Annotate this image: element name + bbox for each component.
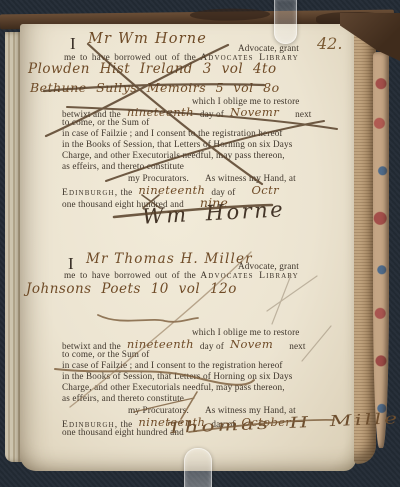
form2-year-line: one thousand eight hundred and bbox=[62, 427, 184, 437]
form1-failzie-line: in case of Failzie ; and I consent to th… bbox=[62, 128, 283, 138]
form1-session-line: in the Books of Session, that Letters of… bbox=[62, 139, 293, 149]
form1-charge-line: Charge, and other Executorials needful, … bbox=[62, 150, 285, 160]
form2-borrowed-text: me to have borrowed out of the bbox=[64, 270, 196, 280]
book-photograph: 42. I Mr Wm Horne Advocate, grant me to … bbox=[0, 0, 400, 487]
form2-effeirs-line: as effeirs, and thereto constitute bbox=[62, 393, 184, 403]
form1-initial: I bbox=[70, 34, 76, 54]
form2-signature: Thomas H Miller bbox=[168, 418, 338, 437]
form1-signature: Wm Horne bbox=[142, 201, 285, 225]
form1-effeirs-line: as effeirs, and thereto constitute bbox=[62, 161, 184, 171]
form2-next-text: next bbox=[289, 341, 305, 351]
form1-witness-text: As witness my Hand, at bbox=[205, 173, 296, 183]
form2-book-entry-1: Johnsons Poets 10 vol 12o bbox=[26, 281, 237, 297]
form2-due-month: Novem bbox=[230, 337, 273, 351]
form1-procurators-line: my Procurators.As witness my Hand, at bbox=[128, 173, 296, 183]
page-holder-clip-bottom bbox=[184, 448, 212, 487]
form1-tocome-line: to come, or the Sum of bbox=[62, 117, 150, 127]
form2-dayof-text: day of bbox=[200, 341, 224, 351]
form1-book-entry-2: Bethune Sullys Memoirs 5 vol 8o bbox=[30, 80, 280, 95]
folio-number: 42. bbox=[317, 34, 342, 53]
form1-borrower-name: Mr Wm Horne bbox=[88, 31, 207, 47]
form2-failzie-line: in case of Failzie ; and I consent to th… bbox=[62, 360, 283, 370]
page-content: 42. I Mr Wm Horne Advocate, grant me to … bbox=[0, 0, 400, 487]
form2-oblige-line: which I oblige me to restore bbox=[192, 327, 300, 337]
page-holder-clip-top bbox=[274, 0, 297, 44]
form1-signature-text: Wm Horne bbox=[141, 197, 285, 228]
form2-procurators-text: my Procurators. bbox=[128, 405, 189, 415]
form2-tocome-line: to come, or the Sum of bbox=[62, 349, 150, 359]
form1-book-entry-1: Plowden Hist Ireland 3 vol 4to bbox=[28, 61, 277, 77]
form1-due-month: Novemr bbox=[230, 105, 279, 119]
form2-borrowed-line: me to have borrowed out of the Advocates… bbox=[64, 270, 299, 281]
form2-library-name: Advocates Library bbox=[200, 270, 299, 281]
form1-next-text: next bbox=[295, 109, 311, 119]
form1-dayof-text: day of bbox=[200, 109, 224, 119]
form2-session-line: in the Books of Session, that Letters of… bbox=[62, 371, 293, 381]
form1-signed-month: Octr bbox=[251, 183, 279, 197]
form2-charge-line: Charge, and other Executorials needful, … bbox=[62, 382, 285, 392]
form2-borrower-name: Mr Thomas H. Miller bbox=[86, 251, 253, 267]
form1-procurators-text: my Procurators. bbox=[128, 173, 189, 183]
form2-procurators-line: my Procurators.As witness my Hand, at bbox=[128, 405, 296, 415]
